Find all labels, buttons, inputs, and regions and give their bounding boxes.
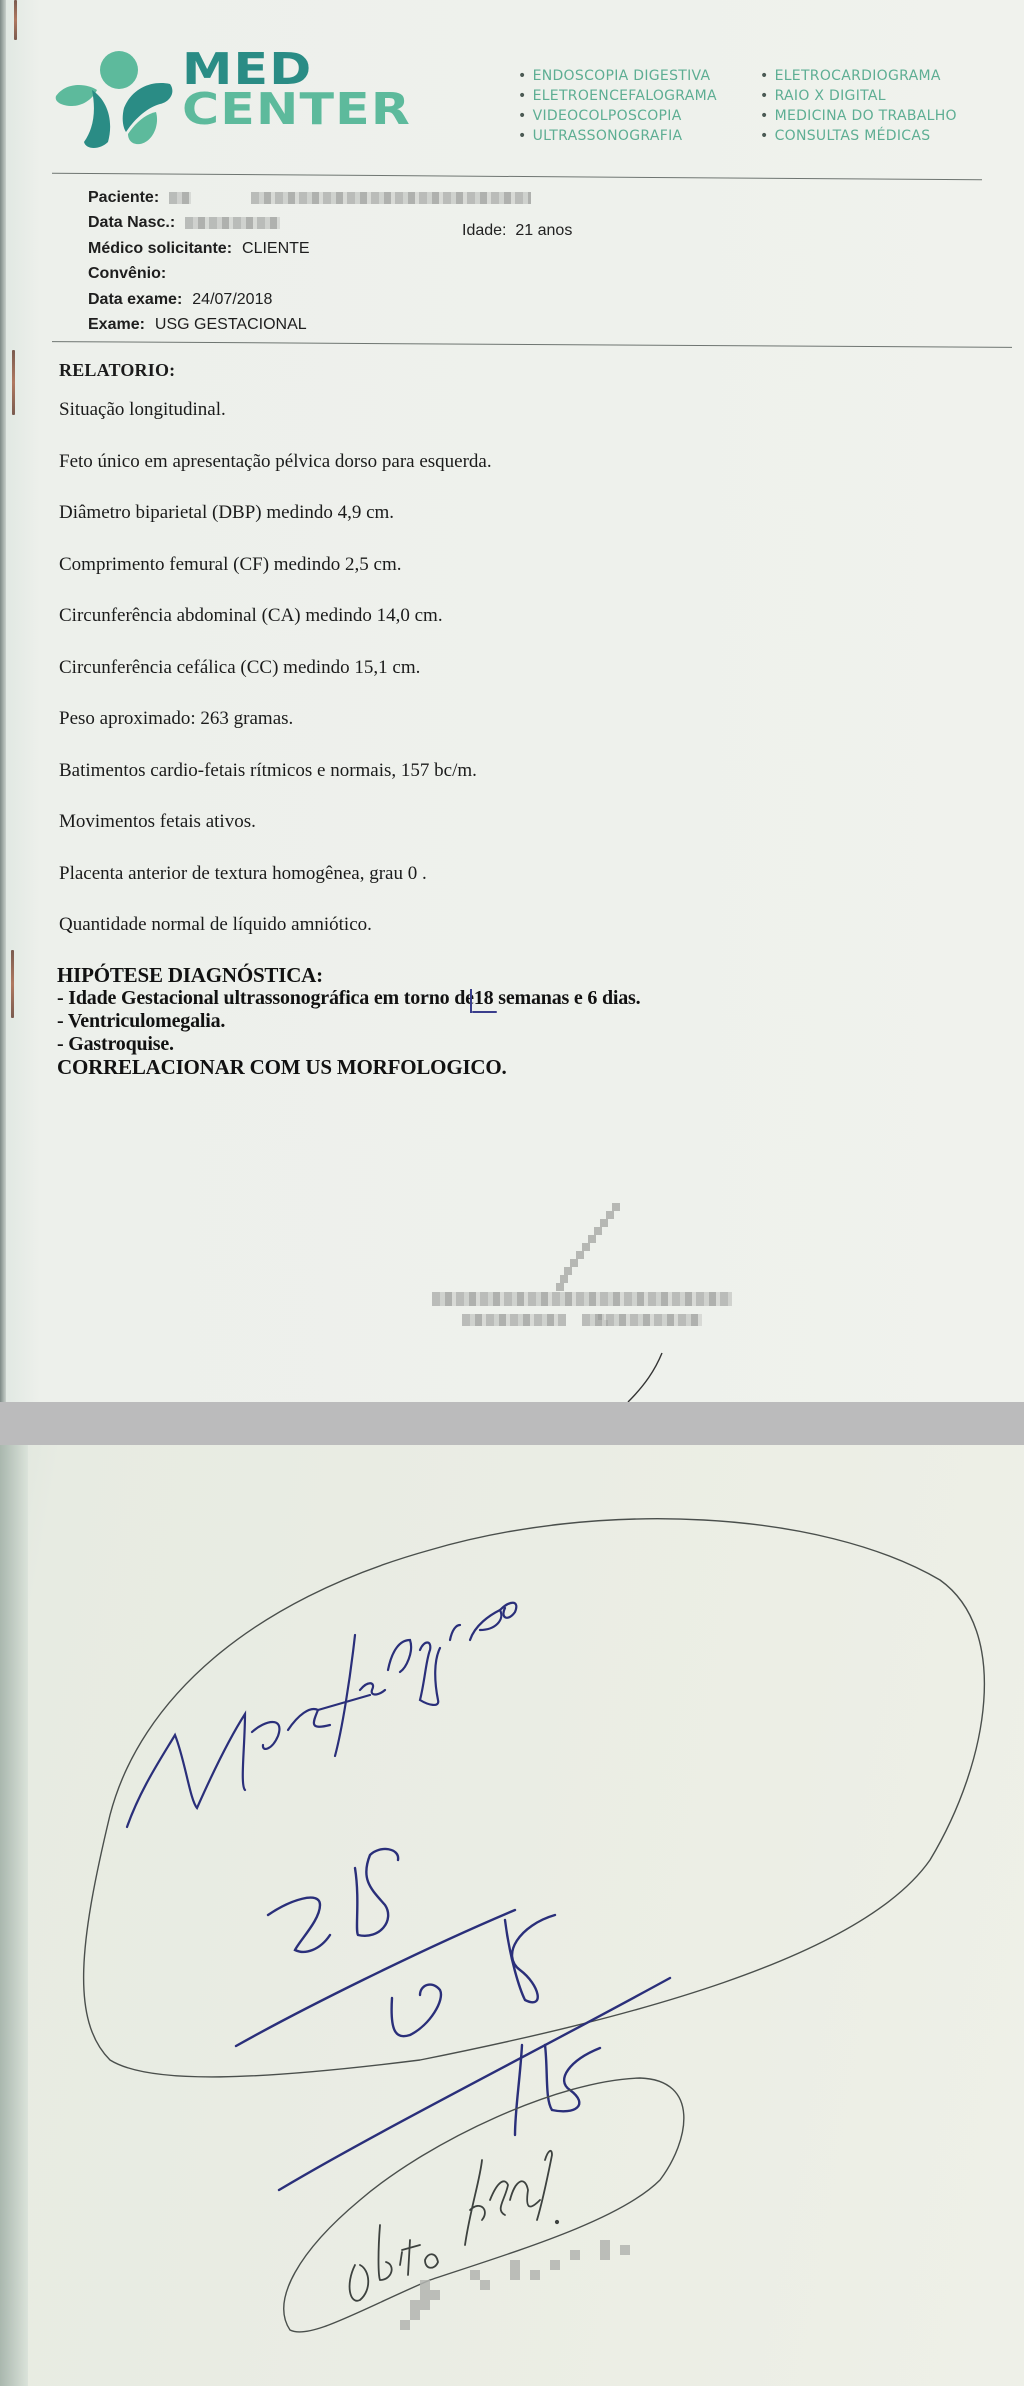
handwritten-note-page [0,1445,1024,2386]
pencil-ellipse-small [284,2078,684,2332]
handwritten-obito-fetal [350,2151,559,2301]
redacted-signature [400,2240,630,2330]
handwritten-annotations [0,1445,1024,2386]
page-separator [0,1402,1024,1445]
pencil-ellipse [84,1519,985,2077]
staple-mark [12,350,15,415]
handwritten-morfologico [127,1603,516,1827]
signature-stroke [0,0,1024,1402]
handwritten-18 [515,2045,600,2135]
staple-mark [14,0,17,40]
staple-mark [11,950,14,1018]
report-page: MED CENTER ENDOSCOPIA DIGESTIVA ELETROEN… [0,0,1024,1402]
